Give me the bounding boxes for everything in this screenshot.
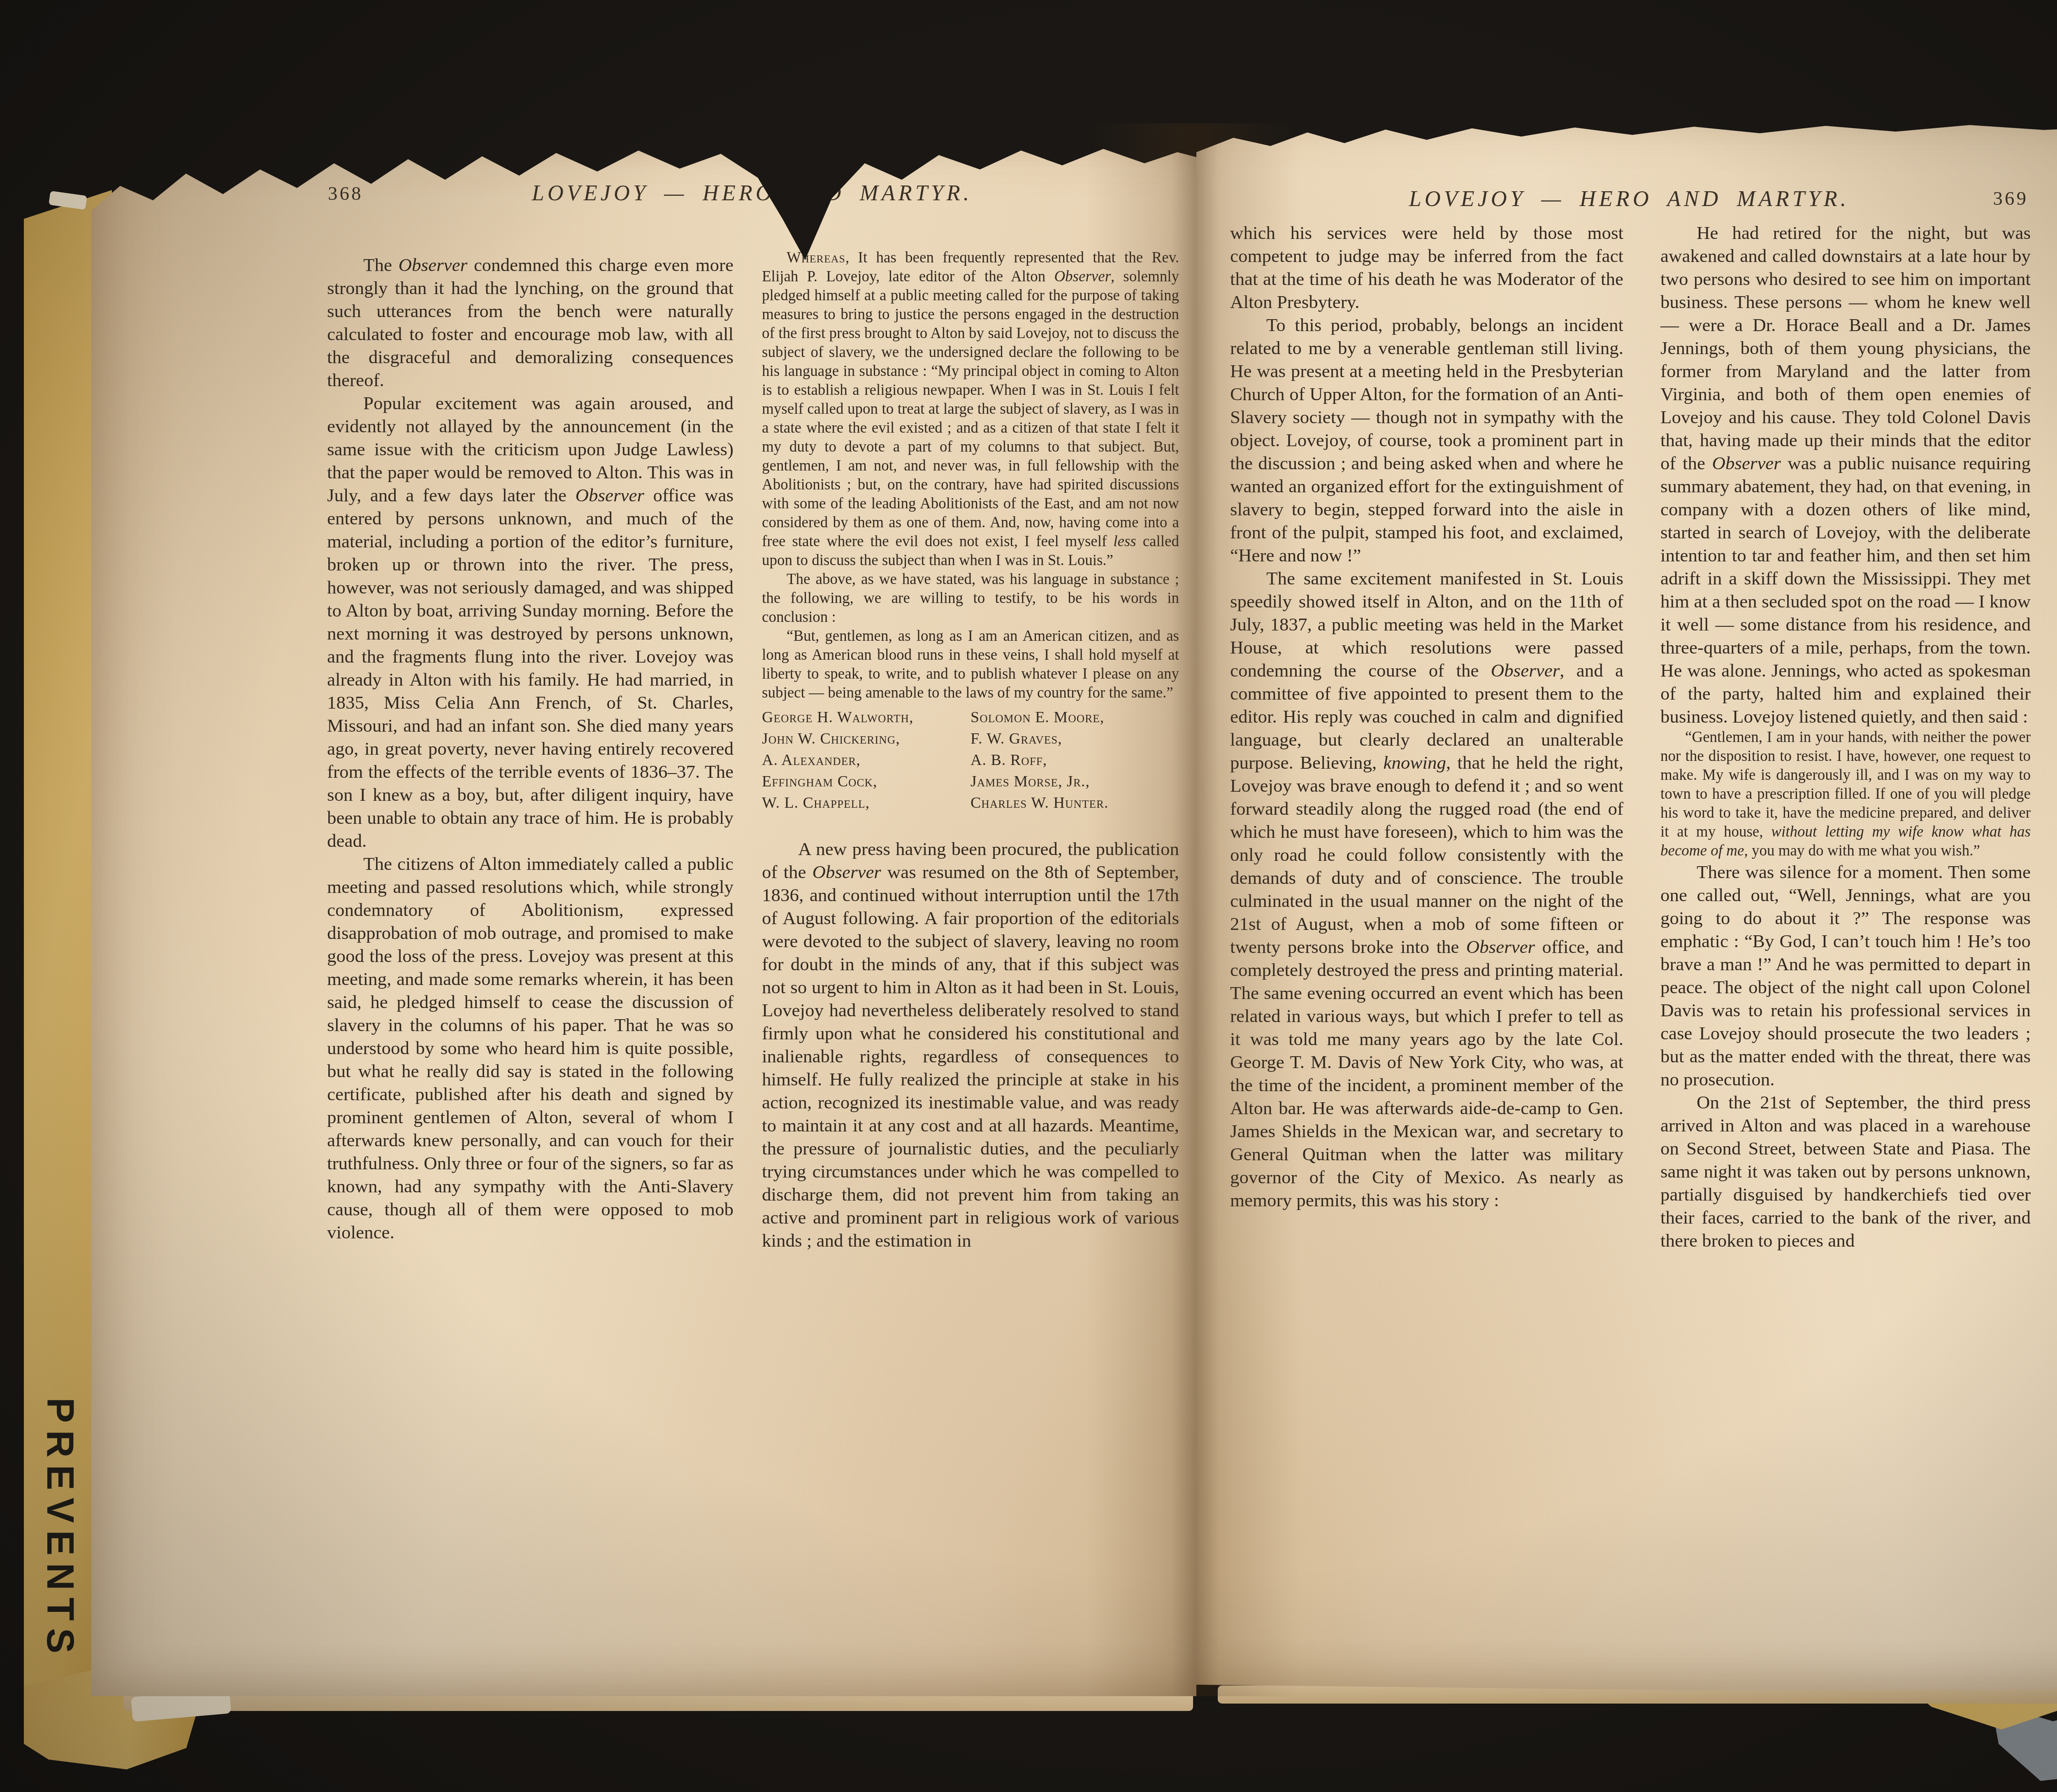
paragraph: Popular excitement was again aroused, an… (327, 392, 734, 852)
signature-column-right: Solomon E. Moore, F. W. Graves, A. B. Ro… (970, 707, 1179, 814)
left-page-column-2: Whereas, It has been frequently represen… (762, 248, 1179, 1252)
paragraph: To this period, probably, belongs an inc… (1230, 313, 1623, 567)
certificate-paragraph: Whereas, It has been frequently represen… (762, 248, 1179, 570)
signer-name: W. L. Chappell, (762, 792, 970, 814)
signer-name: Effingham Cock, (762, 771, 970, 792)
paragraph: The Observer condemned this charge even … (327, 253, 734, 392)
torn-paper-shred (49, 191, 87, 210)
right-page-column-2: He had retired for the night, but was aw… (1660, 221, 2031, 1252)
signer-name: A. B. Roff, (970, 749, 1179, 771)
paragraph: He had retired for the night, but was aw… (1660, 221, 2031, 728)
right-page-column-1: which his services were held by those mo… (1230, 221, 1623, 1212)
paragraph: There was silence for a moment. Then som… (1660, 860, 2031, 1091)
paragraph: A new press having been procured, the pu… (762, 837, 1179, 1252)
signer-name: Solomon E. Moore, (970, 707, 1179, 728)
book-page-368: 368 LOVEJOY — HERO AND MARTYR. The Obser… (91, 145, 1196, 1696)
signature-column-left: George H. Walworth, John W. Chickering, … (762, 707, 970, 814)
page-number-right: 369 (1961, 188, 2028, 210)
certificate-quote: “But, gentlemen, as long as I am an Amer… (762, 627, 1179, 702)
signer-name: John W. Chickering, (762, 728, 970, 749)
lovejoy-quote: “Gentlemen, I am in your hands, with nei… (1660, 728, 2031, 860)
signer-name: F. W. Graves, (970, 728, 1179, 749)
certificate-paragraph: The above, as we have stated, was his la… (762, 570, 1179, 627)
paragraph: The citizens of Alton immediately called… (327, 852, 734, 1244)
running-head-left: LOVEJOY — HERO AND MARTYR. (328, 180, 1176, 206)
book-page-369: LOVEJOY — HERO AND MARTYR. 369 which his… (1196, 123, 2057, 1690)
paragraph: which his services were held by those mo… (1230, 221, 1623, 313)
book-photograph: { "colors": { "background": "#1a1714", "… (0, 0, 2057, 1792)
signer-name: A. Alexander, (762, 749, 970, 771)
signer-name: James Morse, Jr., (970, 771, 1179, 792)
signer-name: George H. Walworth, (762, 707, 970, 728)
running-head-right: LOVEJOY — HERO AND MARTYR. (1230, 186, 2028, 211)
paragraph: The same excitement manifested in St. Lo… (1230, 567, 1623, 1212)
left-cover-text: PREVENTS (38, 1398, 81, 1661)
signer-name: Charles W. Hunter. (970, 792, 1179, 814)
paragraph: On the 21st of September, the third pres… (1660, 1091, 2031, 1252)
signature-list: George H. Walworth, John W. Chickering, … (762, 707, 1179, 814)
left-page-column-1: The Observer condemned this charge even … (327, 253, 734, 1244)
